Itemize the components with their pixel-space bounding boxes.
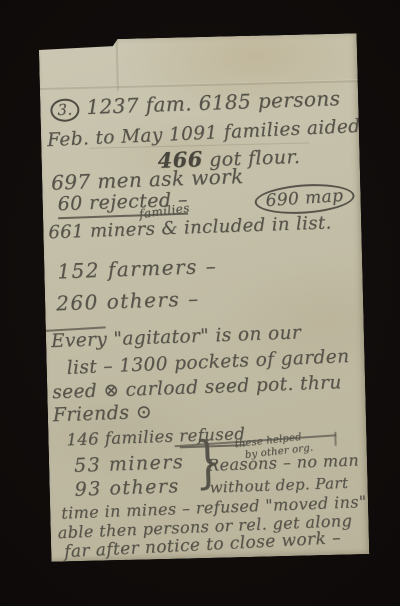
paper-fold-crease-vertical [115, 39, 119, 91]
note-line-6-post: included in list. [184, 212, 332, 238]
note-line-8: 260 others – [56, 286, 200, 315]
note-line-14-miners: 53 miners [74, 451, 185, 477]
circled-item-number: 3. [50, 98, 80, 122]
handwritten-note-paper: 3.1237 fam. 6185 persons Feb. to May 109… [39, 33, 370, 562]
underline-extension-tick [334, 432, 336, 446]
note-line-15: Reasons – no man [207, 450, 360, 474]
note-line-1-text: 1237 fam. 6185 persons [86, 86, 341, 119]
note-line-6-pre: 661 miners & [48, 218, 184, 244]
note-line-7: 152 farmers – [57, 254, 218, 284]
photo-background: 3.1237 fam. 6185 persons Feb. to May 109… [0, 0, 400, 606]
note-line-1: 3.1237 fam. 6185 persons [50, 86, 341, 122]
note-line-13-pre: 146 families [66, 426, 179, 449]
circled-annotation-690-map: 690 map [254, 181, 356, 217]
note-line-14-others: 93 others [74, 475, 180, 501]
note-line-12: Friends ⊙ [52, 401, 152, 426]
